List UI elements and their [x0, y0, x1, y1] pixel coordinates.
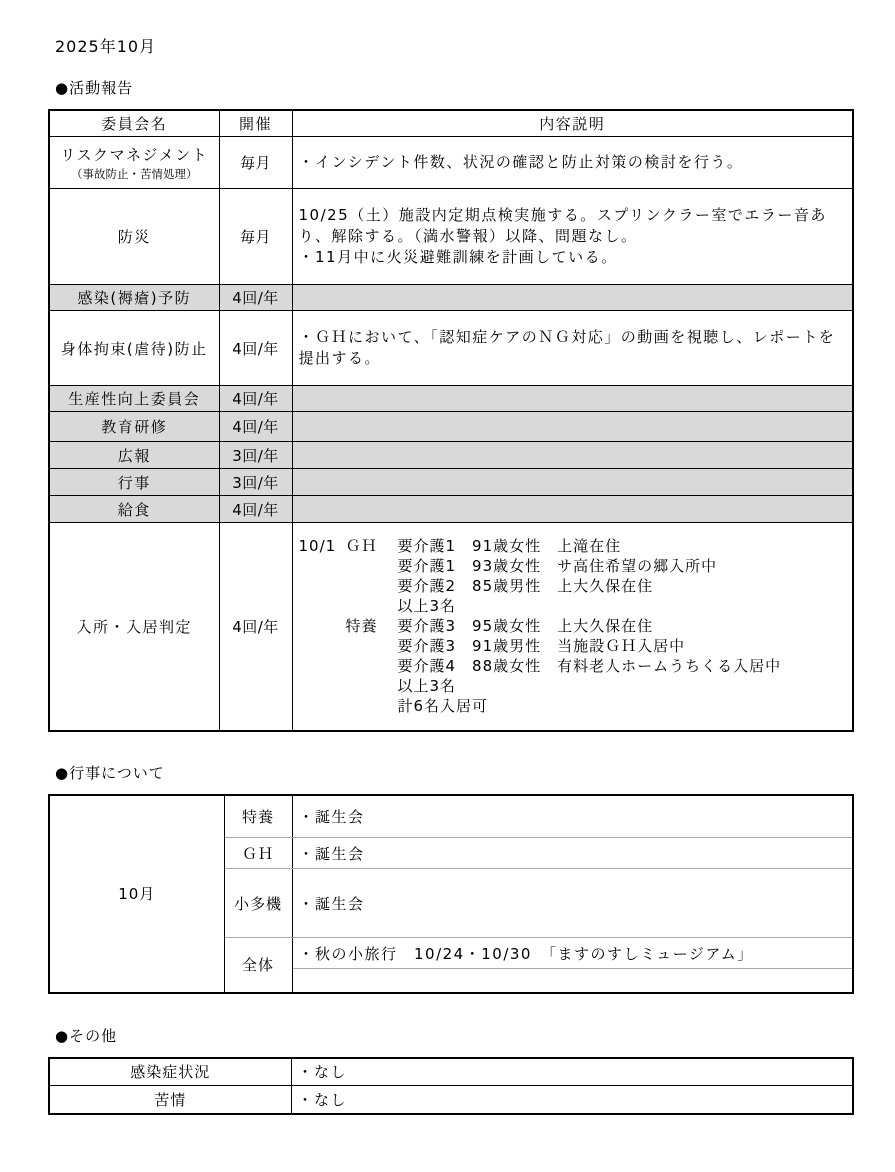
- table-row: リスクマネジメント （事故防止・苦情処理） 毎月 ・インシデント件数、状況の確認…: [49, 137, 853, 189]
- judge-date: 10/1: [299, 536, 346, 556]
- unit-label-cell: ＧＨ: [224, 838, 292, 869]
- table-row: 広報 3回/年: [49, 442, 853, 469]
- description-cell: ・インシデント件数、状況の確認と防止対策の検討を行う。: [292, 137, 853, 189]
- judge-date: [299, 596, 346, 616]
- judge-detail: 要介護2 85歳男性 上大久保在住: [398, 576, 847, 596]
- others-table: 感染症状況 ・なし 苦情 ・なし: [48, 1057, 854, 1115]
- table-row: 感染症状況 ・なし: [49, 1058, 853, 1086]
- month-cell: 10月: [49, 795, 224, 993]
- unit-label-cell: 小多機: [224, 869, 292, 938]
- committee-name-cell: 広報: [49, 442, 219, 469]
- frequency-cell: 4回/年: [219, 412, 292, 442]
- event-content-cell: [292, 969, 853, 993]
- spacer: [48, 732, 852, 762]
- judge-date: [299, 556, 346, 576]
- judge-date: [299, 696, 346, 716]
- value-cell: ・なし: [291, 1086, 853, 1114]
- admission-judgement-list: 10/1ＧＨ要介護1 91歳女性 上滝在住 要介護1 93歳女性 サ高住希望の郷…: [299, 536, 847, 716]
- committee-name: リスクマネジメント: [60, 146, 208, 164]
- judge-detail: 以上3名: [398, 676, 847, 696]
- committee-name-cell: リスクマネジメント （事故防止・苦情処理）: [49, 137, 219, 189]
- description-line: ・11月中に火災避難訓練を計画している。: [299, 247, 847, 268]
- report-page: 2025年10月 ●活動報告 委員会名 開催 内容説明 リスクマネジメント （事…: [0, 0, 895, 1172]
- table-row: 給食 4回/年: [49, 496, 853, 523]
- committee-name-cell: 生産性向上委員会: [49, 386, 219, 412]
- column-header-frequency: 開催: [219, 110, 292, 137]
- table-row: 身体拘束(虐待)防止 4回/年 ・ＧＨにおいて、「認知症ケアのＮＧ対応」の動画を…: [49, 311, 853, 386]
- judge-detail: 要介護1 93歳女性 サ高住希望の郷入所中: [398, 556, 847, 576]
- judge-date: [299, 636, 346, 656]
- judge-group: [346, 596, 398, 616]
- spacer: [48, 994, 852, 1025]
- frequency-cell: 3回/年: [219, 442, 292, 469]
- description-cell: [292, 412, 853, 442]
- section-heading-others: ●その他: [55, 1025, 852, 1046]
- description-line: 10/25（土）施設内定期点検実施する。スプリンクラー室でエラー音あり、解除する…: [299, 205, 847, 247]
- judge-group: [346, 696, 398, 716]
- committee-name-cell: 防災: [49, 189, 219, 285]
- judge-group: [346, 676, 398, 696]
- committee-name-sub: （事故防止・苦情処理）: [52, 166, 217, 182]
- judge-detail: 以上3名: [398, 596, 847, 616]
- committee-name-cell: 行事: [49, 469, 219, 496]
- frequency-cell: 4回/年: [219, 386, 292, 412]
- activity-report-table: 委員会名 開催 内容説明 リスクマネジメント （事故防止・苦情処理） 毎月 ・イ…: [48, 109, 854, 732]
- description-cell: [292, 442, 853, 469]
- table-row: 行事 3回/年: [49, 469, 853, 496]
- judge-group: [346, 576, 398, 596]
- frequency-cell: 4回/年: [219, 311, 292, 386]
- judge-detail: 要介護4 88歳女性 有料老人ホームうちくる入居中: [398, 656, 847, 676]
- frequency-cell: 3回/年: [219, 469, 292, 496]
- description-cell: 10/1ＧＨ要介護1 91歳女性 上滝在住 要介護1 93歳女性 サ高住希望の郷…: [292, 523, 853, 731]
- judge-group: 特養: [346, 616, 398, 636]
- event-content-cell: ・秋の小旅行 10/24・10/30 「ますのすしミュージアム」: [292, 938, 853, 969]
- event-content-cell: ・誕生会: [292, 795, 853, 838]
- judge-date: [299, 656, 346, 676]
- table-row: 入所・入居判定 4回/年 10/1ＧＨ要介護1 91歳女性 上滝在住 要介護1 …: [49, 523, 853, 731]
- frequency-cell: 4回/年: [219, 523, 292, 731]
- unit-label-cell: 特養: [224, 795, 292, 838]
- category-cell: 苦情: [49, 1086, 291, 1114]
- column-header-description: 内容説明: [292, 110, 853, 137]
- table-row: 感染(褥瘡)予防 4回/年: [49, 285, 853, 311]
- table-row: 10月 特養 ・誕生会: [49, 795, 853, 838]
- table-row: 教育研修 4回/年: [49, 412, 853, 442]
- description-line: ・インシデント件数、状況の確認と防止対策の検討を行う。: [299, 152, 847, 173]
- description-cell: [292, 496, 853, 523]
- judge-detail: 要介護3 91歳男性 当施設ＧＨ入居中: [398, 636, 847, 656]
- judge-group: [346, 636, 398, 656]
- section-heading-activity: ●活動報告: [55, 77, 852, 98]
- judge-date: [299, 576, 346, 596]
- section-heading-events: ●行事について: [55, 762, 852, 783]
- table-header-row: 委員会名 開催 内容説明: [49, 110, 853, 137]
- judge-group: [346, 656, 398, 676]
- description-line: ・ＧＨにおいて、「認知症ケアのＮＧ対応」の動画を視聴し、レポートを提出する。: [299, 327, 847, 369]
- column-header-committee: 委員会名: [49, 110, 219, 137]
- judge-detail: 計6名入居可: [398, 696, 847, 716]
- frequency-cell: 毎月: [219, 137, 292, 189]
- judge-detail: 要介護1 91歳女性 上滝在住: [398, 536, 847, 556]
- description-cell: [292, 386, 853, 412]
- unit-label-cell: 全体: [224, 938, 292, 993]
- table-row: 防災 毎月 10/25（土）施設内定期点検実施する。スプリンクラー室でエラー音あ…: [49, 189, 853, 285]
- committee-name-cell: 入所・入居判定: [49, 523, 219, 731]
- description-cell: ・ＧＨにおいて、「認知症ケアのＮＧ対応」の動画を視聴し、レポートを提出する。: [292, 311, 853, 386]
- category-cell: 感染症状況: [49, 1058, 291, 1086]
- description-cell: [292, 469, 853, 496]
- events-table: 10月 特養 ・誕生会 ＧＨ ・誕生会 小多機 ・誕生会 全体 ・秋の小旅行 1…: [48, 794, 854, 994]
- event-content-cell: ・誕生会: [292, 869, 853, 938]
- table-row: 生産性向上委員会 4回/年: [49, 386, 853, 412]
- value-cell: ・なし: [291, 1058, 853, 1086]
- description-cell: 10/25（土）施設内定期点検実施する。スプリンクラー室でエラー音あり、解除する…: [292, 189, 853, 285]
- committee-name-cell: 給食: [49, 496, 219, 523]
- judge-detail: 要介護3 95歳女性 上大久保在住: [398, 616, 847, 636]
- committee-name-cell: 教育研修: [49, 412, 219, 442]
- committee-name-cell: 身体拘束(虐待)防止: [49, 311, 219, 386]
- frequency-cell: 毎月: [219, 189, 292, 285]
- event-content-cell: ・誕生会: [292, 838, 853, 869]
- committee-name-cell: 感染(褥瘡)予防: [49, 285, 219, 311]
- judge-date: [299, 616, 346, 636]
- judge-date: [299, 676, 346, 696]
- judge-group: ＧＨ: [346, 536, 398, 556]
- description-cell: [292, 285, 853, 311]
- judge-group: [346, 556, 398, 576]
- table-row: 苦情 ・なし: [49, 1086, 853, 1114]
- page-title: 2025年10月: [55, 34, 852, 57]
- frequency-cell: 4回/年: [219, 496, 292, 523]
- frequency-cell: 4回/年: [219, 285, 292, 311]
